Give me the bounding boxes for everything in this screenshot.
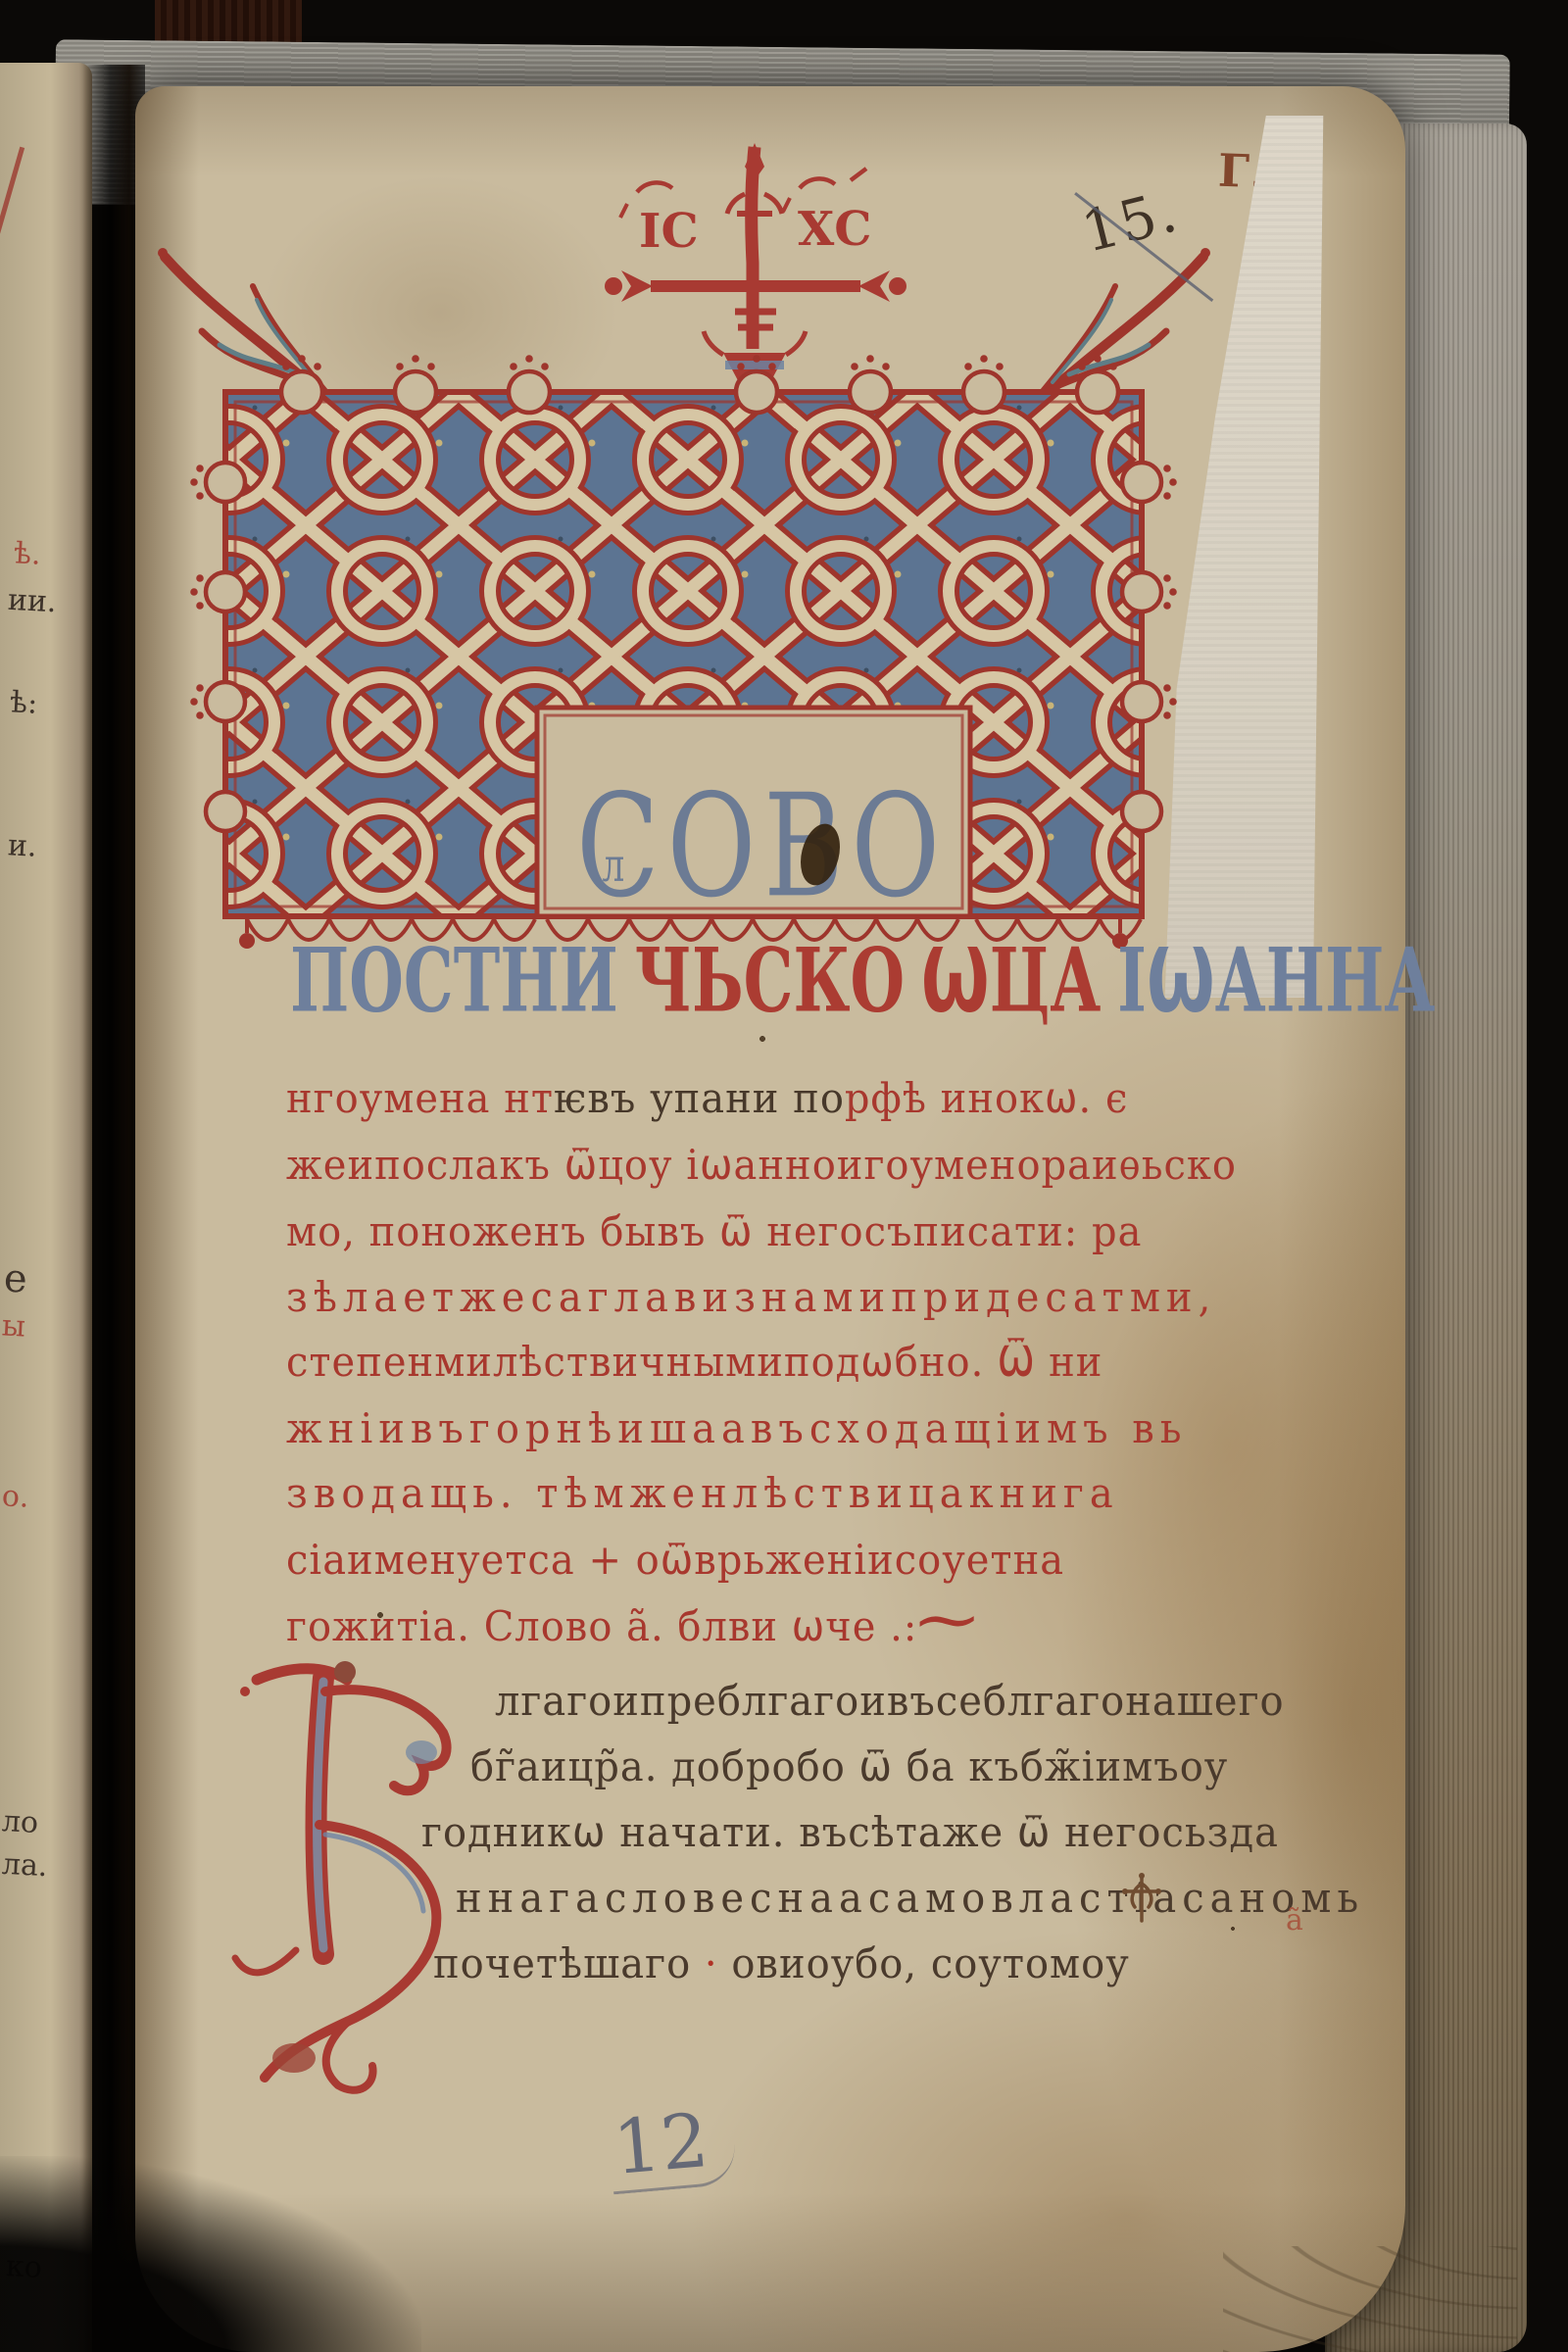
title-line: ПОСТНИ ЧЬСКО ѠЦА ІѠАННА xyxy=(290,937,1435,1025)
facing-page-text-fragment: и. xyxy=(7,828,37,863)
pendant-dot xyxy=(239,933,255,949)
facing-page-sliver: ѣ. ии. ѣ: и. е ы о. ло ла. ко xyxy=(0,63,92,2352)
title-segment: ЧЬСКО xyxy=(635,937,905,1025)
margin-flower-mark xyxy=(1115,1870,1168,1933)
text-line: жніивъгорнѣишаавъсходащіимъ вь xyxy=(286,1405,1188,1453)
text-segment: почетѣшаго xyxy=(433,1940,691,1988)
manuscript-photo: ѣ. ии. ѣ: и. е ы о. ло ла. ко ГЛ xyxy=(0,0,1568,2352)
facing-page-text-fragment: ы xyxy=(1,1308,26,1344)
text-line: сіаименуетса + оѿврьженіисоуетна xyxy=(286,1537,1064,1585)
facing-page-text-fragment: ло xyxy=(1,1804,39,1840)
right-wing-finial xyxy=(1039,248,1210,400)
text-line: зводащь. тѣмженлѣствицакнига xyxy=(286,1470,1119,1518)
text-line: бг̃аицр̃а. добробо ѿ ба къбж̃іимъоу xyxy=(470,1743,1228,1791)
title-segment: ѠЦА xyxy=(921,937,1101,1025)
text-segment: рфѣ инокѡ. є xyxy=(845,1075,1128,1123)
bottom-left-shadow xyxy=(0,2156,421,2352)
headpiece-title: СлОВО xyxy=(576,776,948,918)
facing-page-text-fragment: е xyxy=(3,1255,28,1301)
christogram-right: ХС xyxy=(798,202,871,257)
title-inner-letter: л xyxy=(603,842,625,888)
text-line: зѣлаетжесаглавизнамипридесатми, xyxy=(286,1274,1216,1322)
text-segment: ѥвъ упани по xyxy=(554,1075,845,1123)
text-line: нгоумена нтѥвъ упани порфѣ инокѡ. є xyxy=(286,1075,1128,1123)
text-segment: овиоубо, соутомоу xyxy=(731,1940,1129,1988)
facing-page-text-fragment: ѣ: xyxy=(9,685,38,720)
title-letter: О xyxy=(851,764,948,929)
margin-letter: а̃ xyxy=(1286,1903,1303,1937)
title-letter: О xyxy=(667,764,764,929)
facing-page-text-fragment: ѣ. xyxy=(13,536,41,571)
ornate-initial xyxy=(218,1654,492,2105)
text-segment: гожитіа. Слово а̃. блви ѡче .: xyxy=(286,1603,917,1651)
text-line: гожитіа. Слово а̃. блви ѡче .: ~ xyxy=(286,1603,965,1651)
line-end-flourish: ~ xyxy=(910,1583,985,1659)
title-segment: ПОСТНИ xyxy=(290,937,618,1025)
folio-number-bottom: 12 xyxy=(606,2094,737,2195)
title-segment: ІѠАННА xyxy=(1117,937,1435,1025)
text-line: степенмилѣствичнымиподѡбно. Ѿ ни xyxy=(286,1339,1102,1387)
facing-page-text-fragment: ла. xyxy=(1,1847,48,1884)
text-line: лгагоипреблгагоивъсеблгагонашего xyxy=(495,1678,1285,1726)
text-line: мо, поноженъ бывъ ѿ негосъписати: ра xyxy=(286,1208,1142,1256)
christogram-left: ІС xyxy=(639,204,699,259)
text-segment: нгоумена нт xyxy=(286,1075,554,1123)
facing-page-text-fragment: ии. xyxy=(7,583,57,620)
text-line: жеипослакъ ѿцоу іѡанноигоуменораиѳьско xyxy=(286,1142,1237,1190)
bottom-page-edge-arcs xyxy=(1223,2246,1517,2352)
text-line: годникѡ начати. въсѣтаже ѿ негосьзда xyxy=(421,1809,1279,1857)
text-line: почетѣшаго · овиоубо, соутомоу xyxy=(433,1940,1130,1988)
red-dot-mark: · xyxy=(691,1940,731,1988)
facing-page-text-fragment: о. xyxy=(1,1479,29,1514)
text-line: ннагасловеснаасамовластіасаномь xyxy=(456,1875,1364,1923)
